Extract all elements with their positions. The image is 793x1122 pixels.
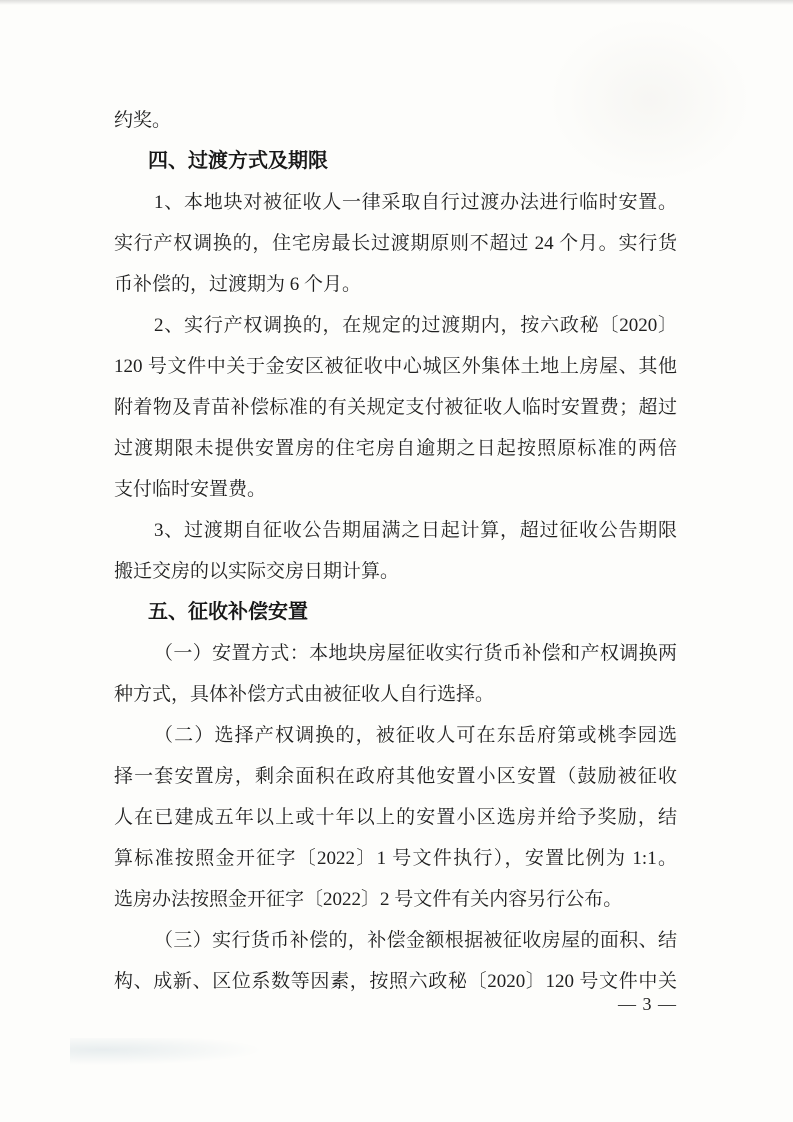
text-line: （一）安置方式：本地块房屋征收实行货币补偿和产权调换两 xyxy=(114,633,677,674)
text-line: 搬迁交房的以实际交房日期计算。 xyxy=(114,551,677,592)
text-line: 实行产权调换的，住宅房最长过渡期原则不超过 24 个月。实行货 xyxy=(114,223,677,264)
text-line: （三）实行货币补偿的，补偿金额根据被征收房屋的面积、结 xyxy=(114,920,677,961)
document-page: 约奖。四、过渡方式及期限1、本地块对被征收人一律采取自行过渡办法进行临时安置。实… xyxy=(0,0,793,1122)
text-line: 附着物及青苗补偿标准的有关规定支付被征收人临时安置费；超过 xyxy=(114,387,677,428)
section-heading: 五、征收补偿安置 xyxy=(114,592,677,633)
text-line: 选房办法按照金开征字〔2022〕2 号文件有关内容另行公布。 xyxy=(114,879,677,920)
text-line: 过渡期限未提供安置房的住宅房自逾期之日起按照原标准的两倍 xyxy=(114,428,677,469)
text-line: 人在已建成五年以上或十年以上的安置小区选房并给予奖励，结 xyxy=(114,797,677,838)
document-body: 约奖。四、过渡方式及期限1、本地块对被征收人一律采取自行过渡办法进行临时安置。实… xyxy=(114,100,677,1002)
section-heading: 四、过渡方式及期限 xyxy=(114,141,677,182)
text-line: 2、实行产权调换的，在规定的过渡期内，按六政秘〔2020〕 xyxy=(114,305,677,346)
text-line: 种方式，具体补偿方式由被征收人自行选择。 xyxy=(114,674,677,715)
text-line: 约奖。 xyxy=(114,100,677,141)
page-number: — 3 — xyxy=(114,994,677,1015)
text-line: 算标准按照金开征字〔2022〕1 号文件执行），安置比例为 1:1。 xyxy=(114,838,677,879)
text-line: 3、过渡期自征收公告期届满之日起计算，超过征收公告期限 xyxy=(114,510,677,551)
text-line: 1、本地块对被征收人一律采取自行过渡办法进行临时安置。 xyxy=(114,182,677,223)
scan-artifact-top-edge xyxy=(0,0,793,5)
scan-artifact-speckle xyxy=(70,1038,290,1068)
text-line: 120 号文件中关于金安区被征收中心城区外集体土地上房屋、其他 xyxy=(114,346,677,387)
text-line: 币补偿的，过渡期为 6 个月。 xyxy=(114,264,677,305)
text-line: （二）选择产权调换的，被征收人可在东岳府第或桃李园选 xyxy=(114,715,677,756)
text-line: 择一套安置房，剩余面积在政府其他安置小区安置（鼓励被征收 xyxy=(114,756,677,797)
text-line: 支付临时安置费。 xyxy=(114,469,677,510)
